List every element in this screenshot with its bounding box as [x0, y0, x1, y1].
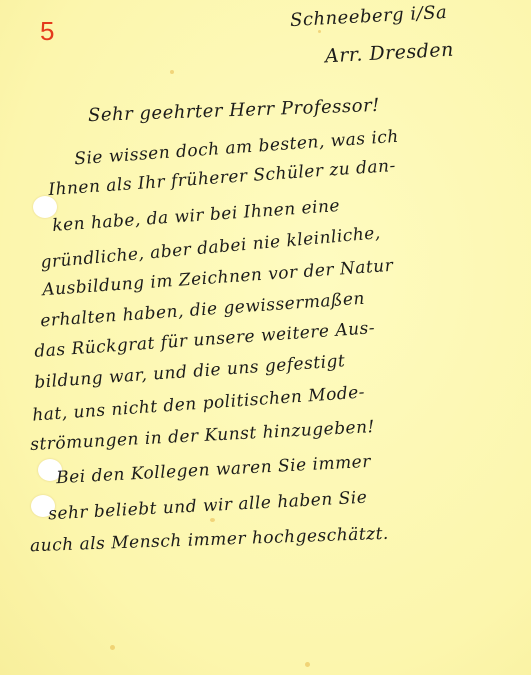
body-line: strömungen in der Kunst hinzugeben!	[30, 417, 376, 455]
paper-stain	[318, 30, 321, 33]
paper-stain	[305, 662, 310, 667]
paper-stain	[210, 518, 215, 522]
letter-page: 5 Schneeberg i/Sa Arr. Dresden Sehr geeh…	[0, 0, 531, 675]
paper-stain	[170, 70, 174, 74]
body-line: Bei den Kollegen waren Sie immer	[56, 452, 372, 488]
body-line: sehr beliebt und wir alle haben Sie	[48, 488, 368, 525]
paper-stain	[110, 645, 115, 650]
place-line-1: Schneeberg i/Sa	[290, 2, 448, 31]
salutation: Sehr geehrter Herr Professor!	[88, 95, 380, 126]
body-line: auch als Mensch immer hochgeschätzt.	[30, 524, 389, 557]
page-number: 5	[40, 16, 54, 47]
place-line-2: Arr. Dresden	[325, 39, 455, 68]
